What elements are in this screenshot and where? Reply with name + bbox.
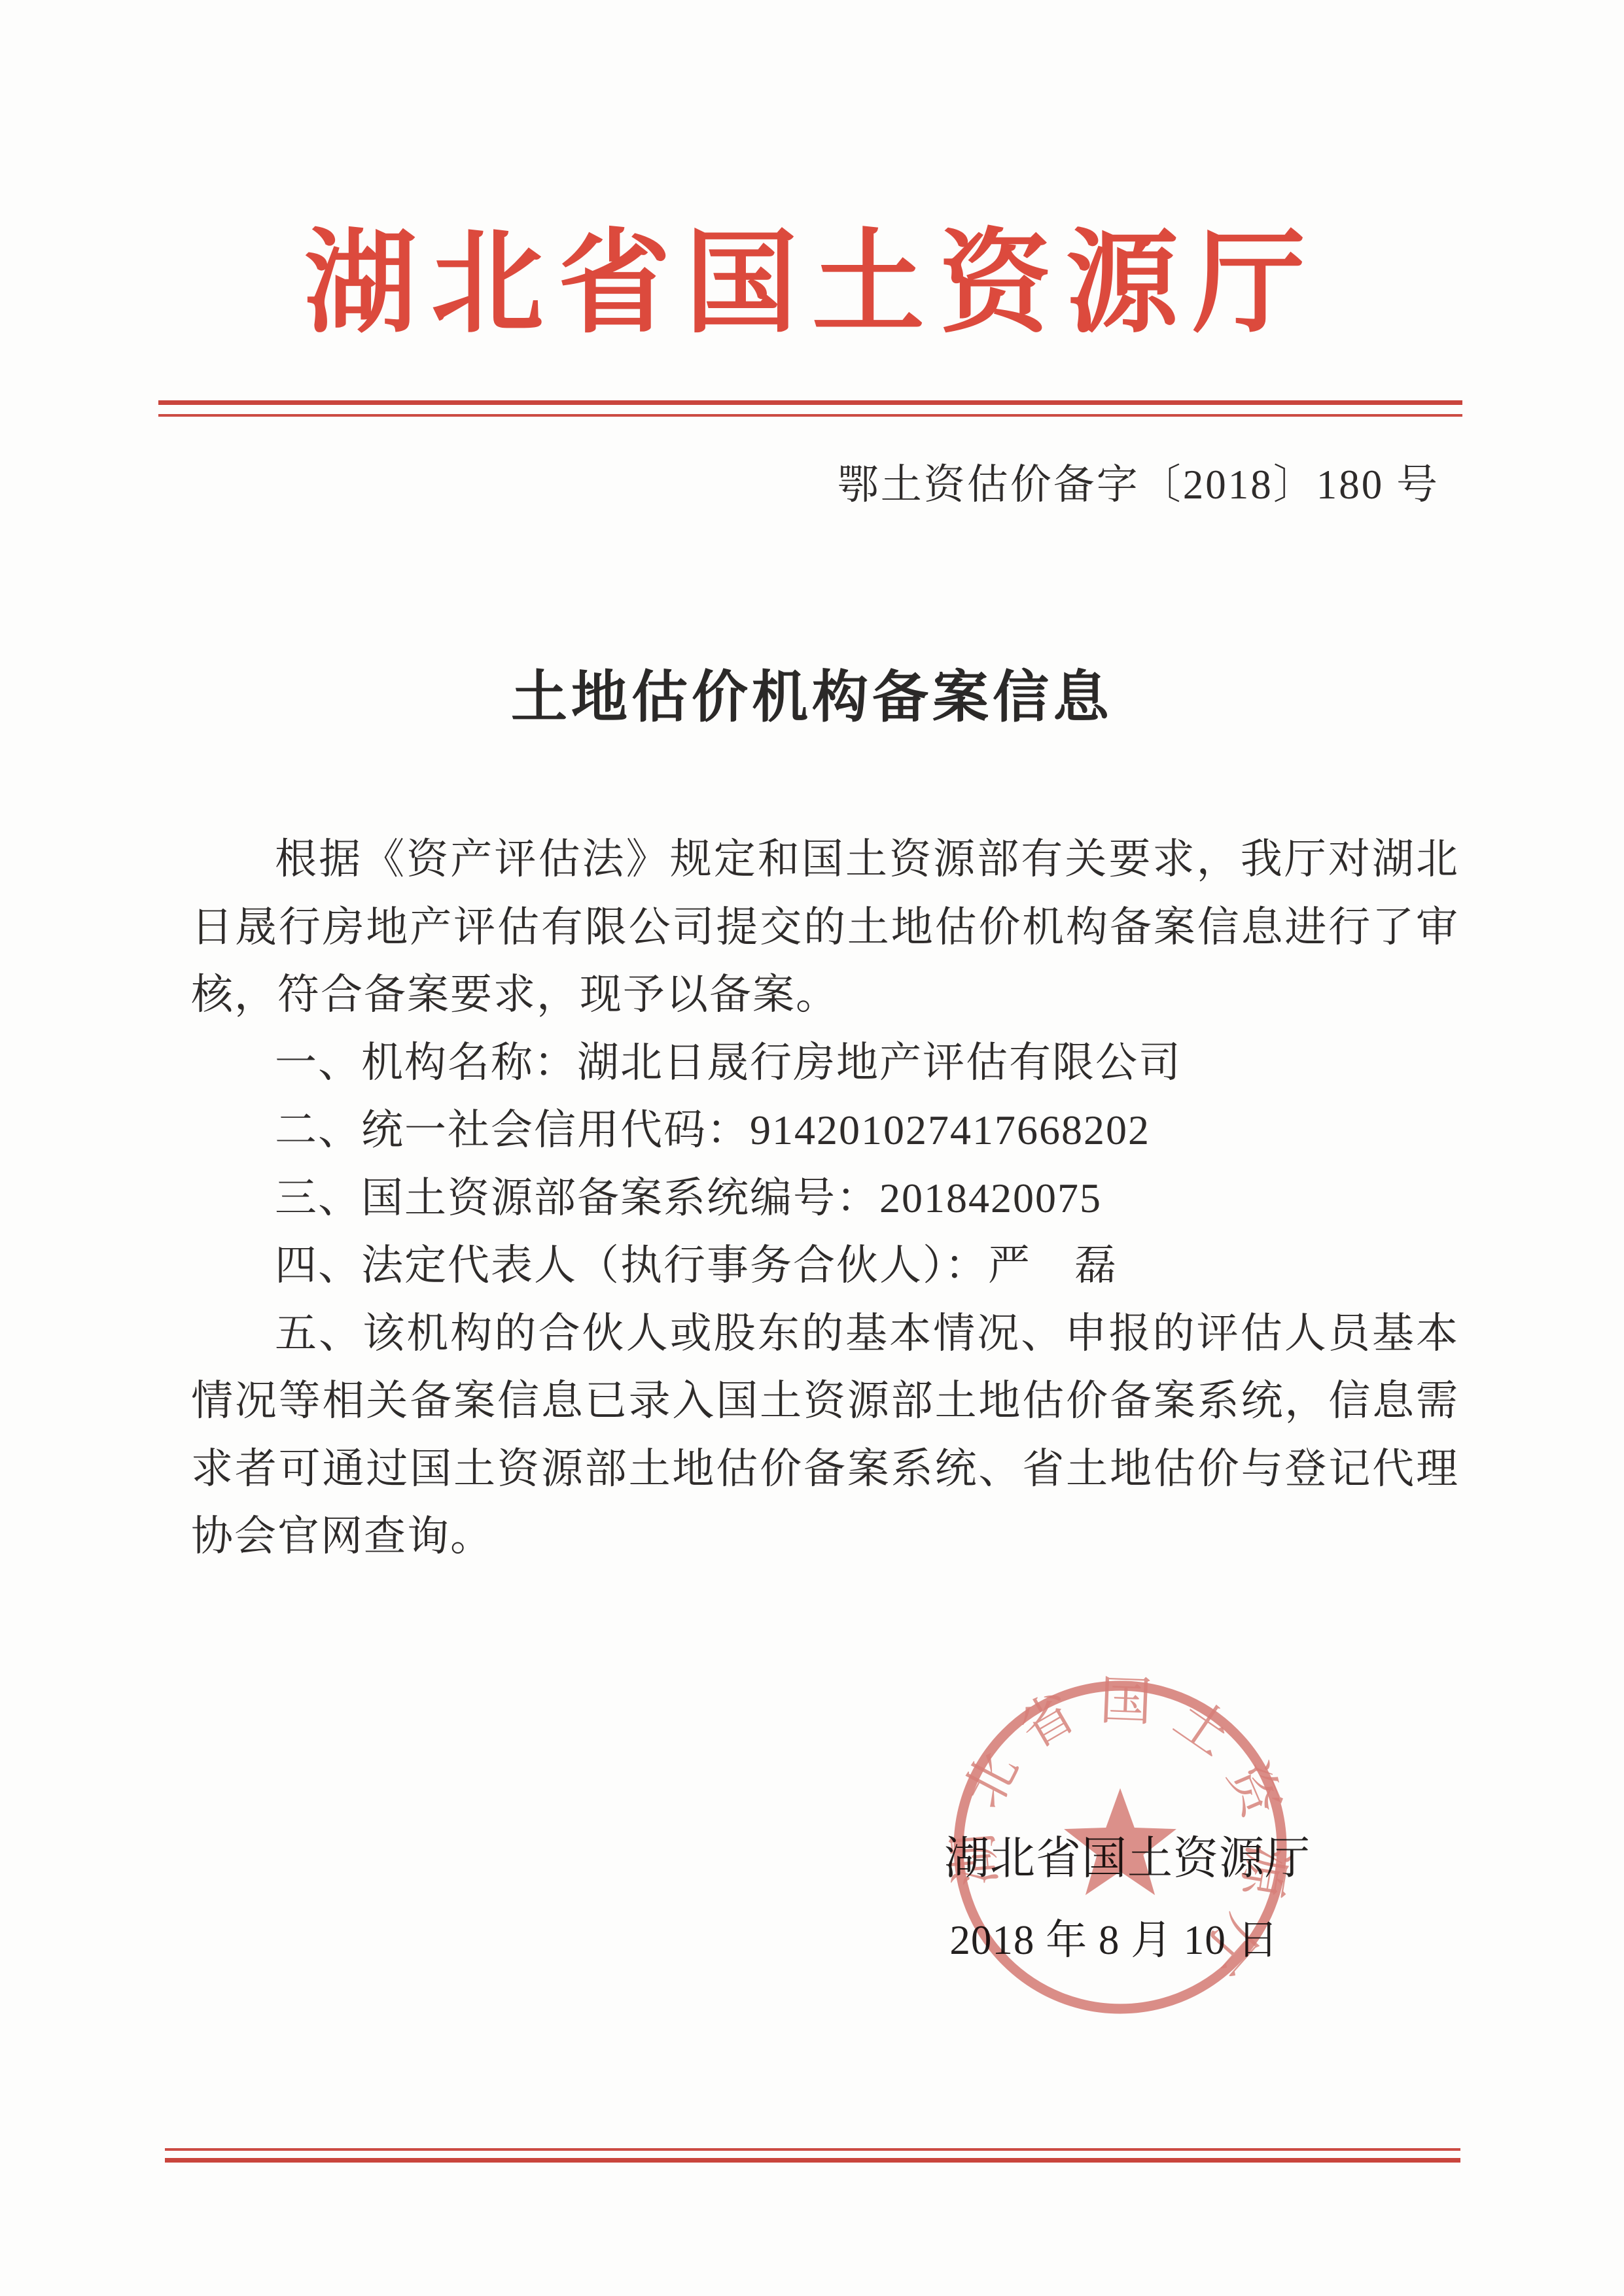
document-title: 土地估价机构备案信息 — [0, 652, 1624, 733]
seal-star — [1064, 1788, 1176, 1895]
official-seal: 湖北省国土资源厅 — [946, 1673, 1294, 2021]
footer-rule-thick — [165, 2158, 1460, 2163]
document-reference-number: 鄂土资估价备字〔2018〕180 号 — [838, 451, 1439, 511]
item-5-filing-details: 五、该机构的合伙人或股东的基本情况、申报的评估人员基本情况等相关备案信息已录入国… — [191, 1300, 1459, 1571]
letterhead-rule-thick — [158, 400, 1462, 405]
intro-paragraph: 根据《资产评估法》规定和国土资源部有关要求，我厅对湖北日晟行房地产评估有限公司提… — [191, 826, 1459, 1029]
item-1-org-name: 一、机构名称：湖北日晟行房地产评估有限公司 — [191, 1029, 1459, 1097]
item-3-filing-number: 三、国土资源部备案系统编号：2018420075 — [191, 1164, 1459, 1232]
footer-rule-thin — [165, 2148, 1460, 2151]
scanned-official-document: 湖北省国土资源厅 鄂土资估价备字〔2018〕180 号 土地估价机构备案信息 根… — [0, 0, 1624, 2296]
item-2-credit-code: 二、统一社会信用代码：914201027417668202 — [191, 1096, 1459, 1164]
document-body: 根据《资产评估法》规定和国土资源部有关要求，我厅对湖北日晟行房地产评估有限公司提… — [191, 826, 1459, 1571]
letterhead-agency-name: 湖北省国土资源厅 — [0, 226, 1624, 344]
letterhead-rule-thin — [158, 414, 1462, 417]
item-4-legal-representative: 四、法定代表人（执行事务合伙人）：严 磊 — [191, 1232, 1459, 1300]
